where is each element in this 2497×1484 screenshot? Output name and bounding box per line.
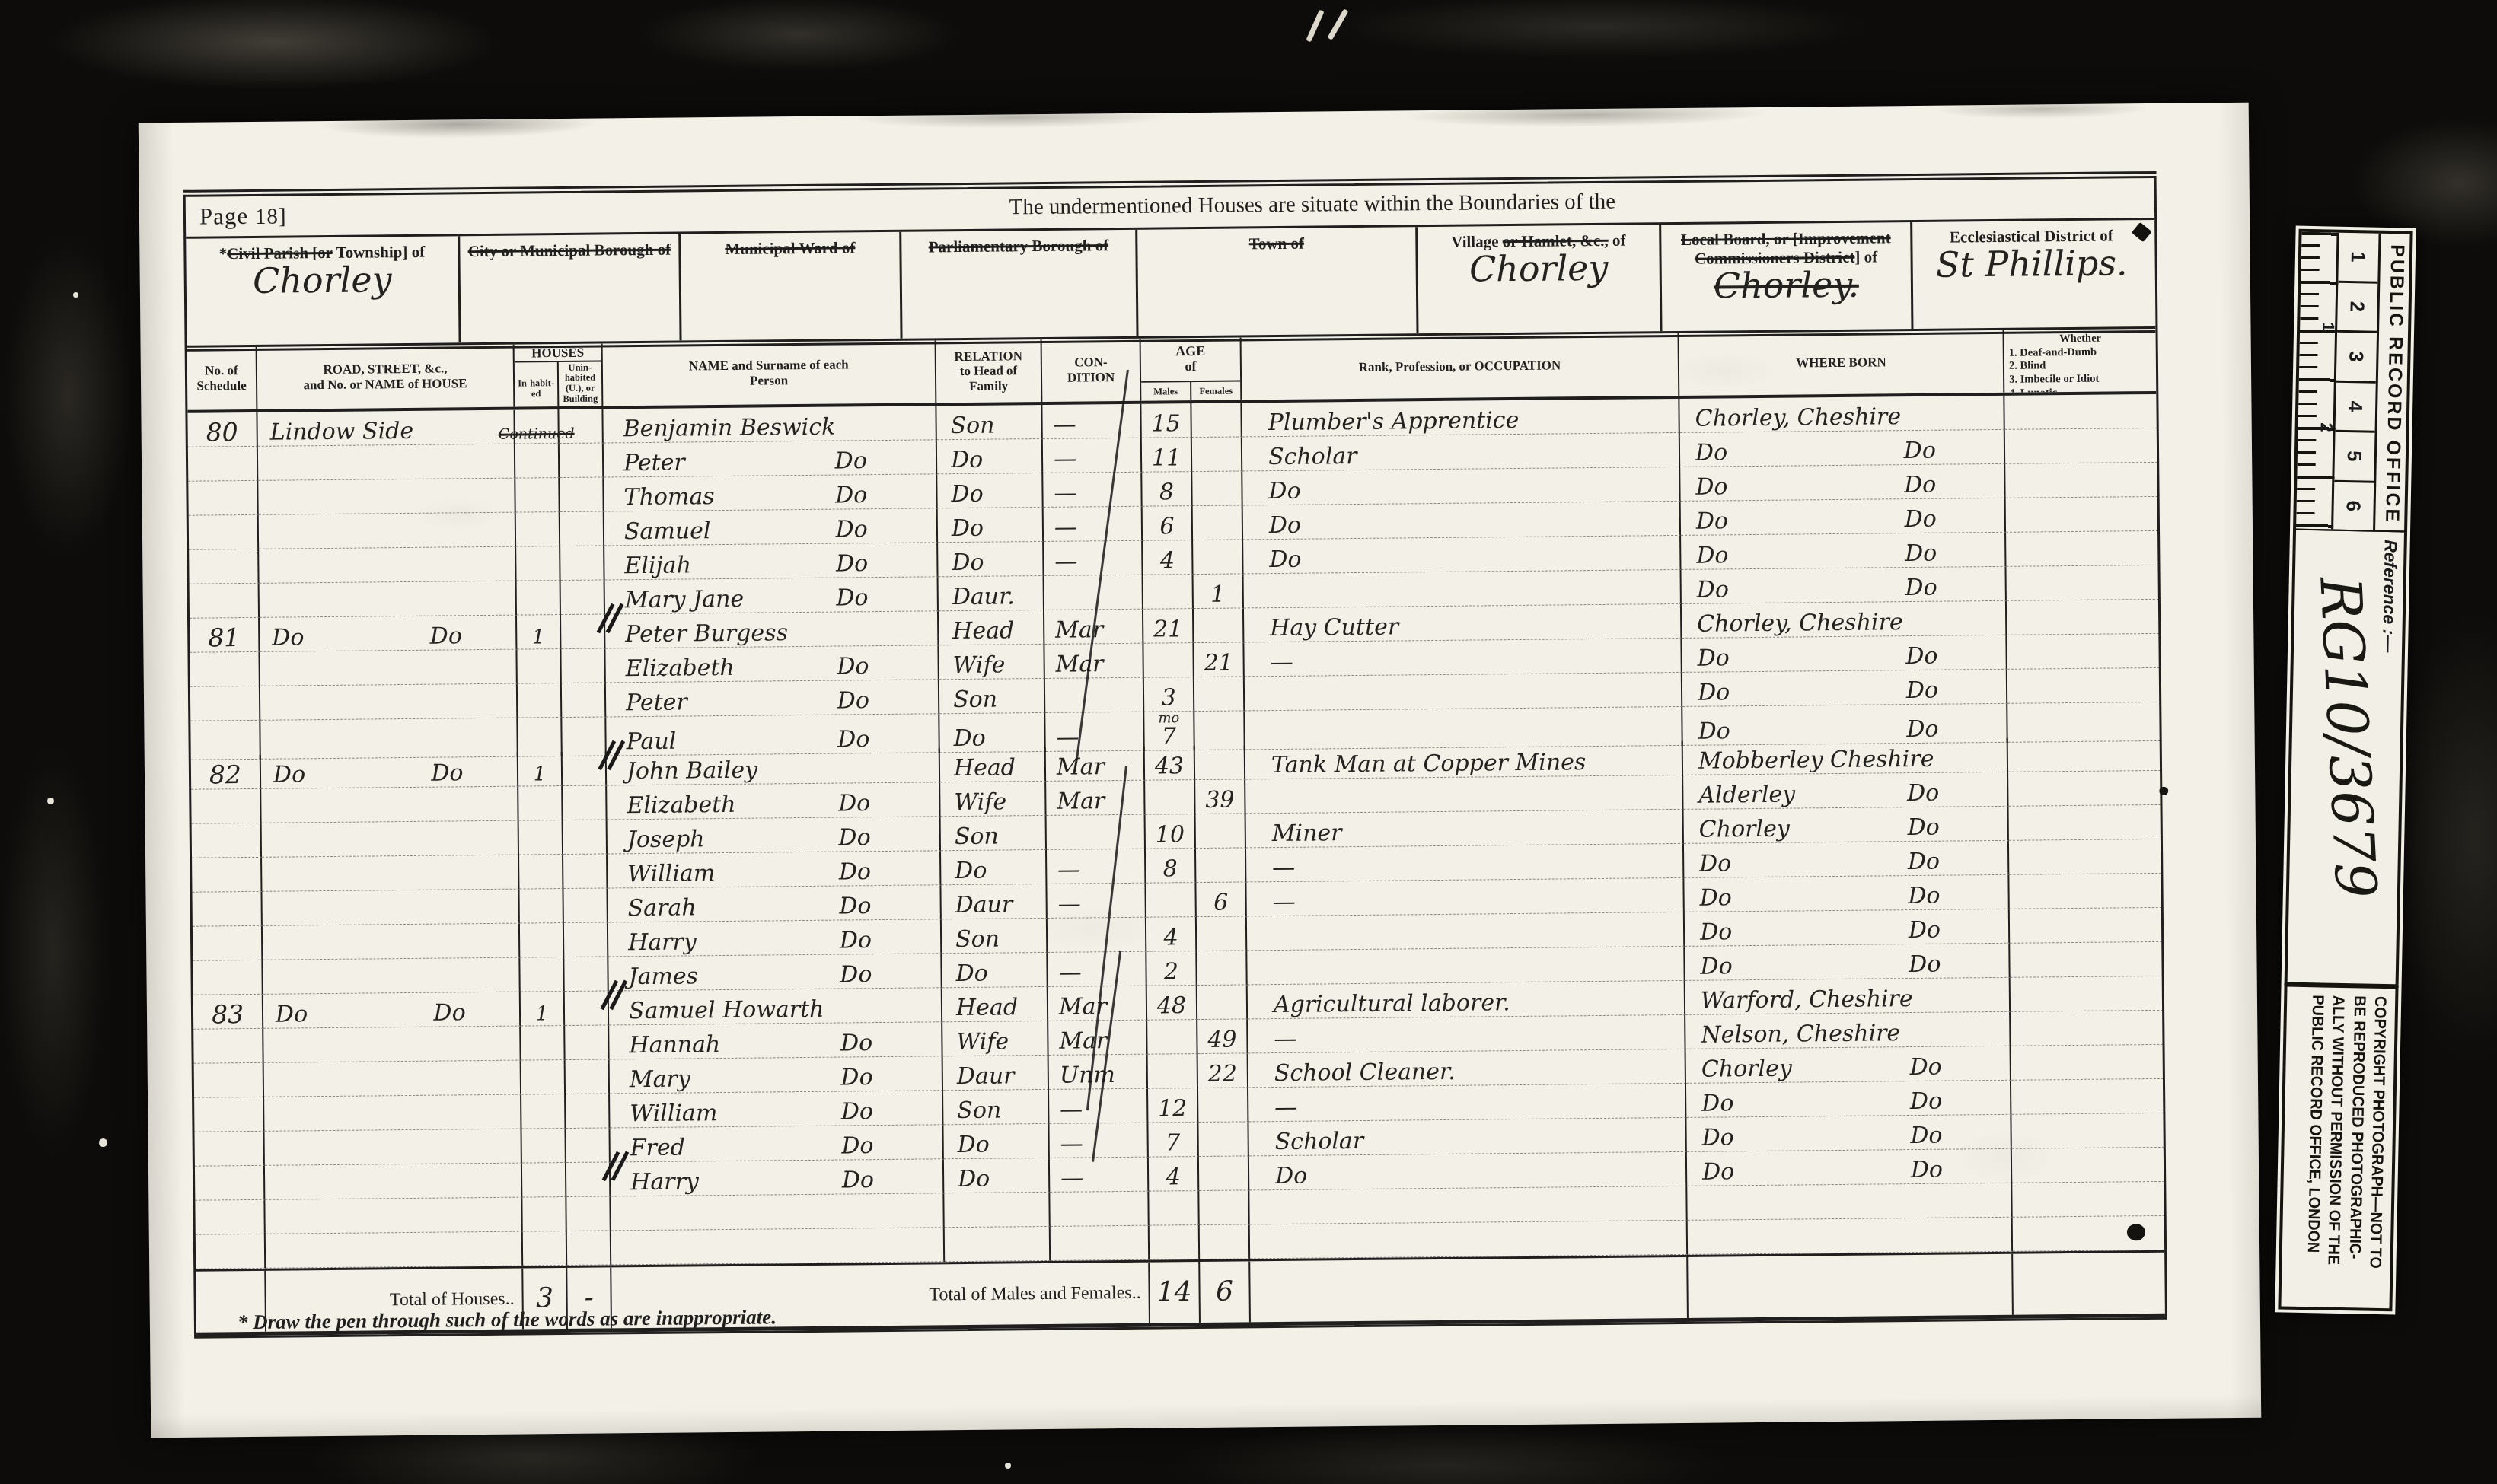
cell-rel: Do <box>943 1124 1049 1159</box>
cell-inh <box>523 1231 567 1266</box>
condition-value: — <box>1058 962 1081 985</box>
cell-am <box>1148 1054 1198 1089</box>
cell-am: 4 <box>1146 917 1197 952</box>
birthplace-value: Nelson, Cheshire <box>1701 1022 1900 1047</box>
cell-am <box>1143 643 1194 678</box>
road-name: Lindow Side <box>270 420 414 444</box>
cell-af: 39 <box>1195 779 1245 814</box>
cell-inh <box>521 1060 566 1095</box>
cell-cond: — <box>1047 884 1146 919</box>
cell-born: DoDo <box>1681 533 2006 570</box>
occupation-value: Hay Cutter <box>1270 616 1398 640</box>
cell-rel: Head <box>942 987 1048 1022</box>
cell-occ: School Cleaner. <box>1248 1049 1686 1088</box>
cell-inh <box>516 546 560 581</box>
cell-inh <box>519 889 563 924</box>
cell-road <box>259 513 516 549</box>
cell-dis <box>2006 531 2158 567</box>
cell-rel: Do <box>938 508 1044 543</box>
condition-value: — <box>1054 448 1076 471</box>
ink-blot <box>2159 787 2168 795</box>
cell-dis <box>2008 737 2161 772</box>
cell-inh: 1 <box>517 615 561 650</box>
cell-uninh <box>565 991 609 1026</box>
cell-inh <box>522 1197 566 1232</box>
district-box: City or Municipal Borough of <box>460 234 681 343</box>
ruler-strip-content: PUBLIC RECORD OFFICE 123456 1 2 Referenc… <box>2275 226 2416 1315</box>
person-name: Joseph <box>627 828 705 852</box>
cell-af <box>1194 608 1244 643</box>
cell-rel: Do <box>937 439 1043 474</box>
cell-inh <box>519 855 563 890</box>
census-form-frame: Page 18] The undermentioned Houses are s… <box>183 176 2167 1339</box>
cell-name: Mary JaneDo <box>605 577 939 614</box>
cell-occ: — <box>1248 1015 1685 1054</box>
district-label-text: * <box>219 244 228 263</box>
cell-road <box>266 1232 523 1269</box>
cell-born: Nelson, Cheshire <box>1685 1012 2011 1049</box>
schedule-number: 80 <box>206 419 238 444</box>
district-box: Local Board, or [Improvement Commissione… <box>1661 222 1913 331</box>
ruler-cm-number: 3 <box>2336 333 2377 383</box>
condition-value: — <box>1054 482 1076 505</box>
cell-dis <box>2011 1011 2163 1046</box>
cell-dis <box>2007 600 2159 635</box>
cell-sched <box>190 686 260 721</box>
cell-uninh <box>566 1162 611 1197</box>
person-name: Peter <box>623 451 685 475</box>
total-males-value: 14 <box>1157 1279 1192 1306</box>
district-box: Village or Hamlet, &c., ofChorley <box>1418 225 1662 333</box>
relation-value: Head <box>956 996 1018 1020</box>
cell-road <box>264 1095 521 1132</box>
cell-name: ElizabethDo <box>605 645 939 683</box>
reference-label: Reference :— <box>2378 540 2401 653</box>
age-male: 4 <box>1163 926 1178 949</box>
ruler-cm-number: 2 <box>2337 282 2377 333</box>
col-header-schedule: No. ofSchedule <box>187 347 258 410</box>
age-female: 1 <box>1210 584 1225 607</box>
totals-born-spacer <box>1688 1254 2014 1318</box>
birthplace-value: Mobberley Cheshire <box>1698 748 1934 773</box>
page-label: Page 18] <box>199 202 287 230</box>
district-label: Parliamentary Borough of <box>901 236 1135 257</box>
age-male: 8 <box>1163 858 1178 881</box>
cell-inh <box>517 649 561 684</box>
cell-rel <box>944 1193 1050 1228</box>
cell-cond: — <box>1042 404 1141 439</box>
relation-value: Wife <box>954 791 1006 814</box>
person-name: Do <box>837 689 869 712</box>
col-header-females: Females <box>1191 381 1240 400</box>
cell-uninh <box>562 683 606 718</box>
cell-cond <box>1044 575 1143 610</box>
header-line: ROAD, STREET, &c., <box>323 361 447 377</box>
occupation-value: — <box>1273 891 1296 914</box>
cell-dis <box>2007 634 2159 670</box>
cell-uninh <box>566 1196 611 1231</box>
birthplace-value: Do <box>1701 1092 1733 1115</box>
cell-name: HannahDo <box>609 1022 942 1059</box>
cell-sched: 83 <box>193 995 263 1030</box>
cell-dis <box>2009 839 2161 875</box>
age-male: 12 <box>1158 1097 1187 1120</box>
cell-uninh <box>563 820 608 855</box>
relation-value: Do <box>955 860 987 883</box>
age-female: 39 <box>1205 789 1234 812</box>
person-name: Do <box>835 518 867 541</box>
cell-occ: Tank Man at Copper Mines <box>1245 741 1683 780</box>
condition-value: — <box>1060 1098 1083 1121</box>
relation-value: Do <box>958 1134 990 1157</box>
age-male: 4 <box>1160 549 1175 572</box>
cell-af <box>1198 1122 1248 1157</box>
road-name: Do <box>430 625 462 648</box>
relation-value: Head <box>954 756 1016 780</box>
person-name: Sarah <box>628 896 697 920</box>
road-name: Do <box>433 1002 465 1024</box>
relation-value: Son <box>955 826 999 849</box>
cell-inh <box>521 1129 566 1164</box>
district-value-handwritten: Chorley <box>1418 250 1659 287</box>
header-line: Person <box>750 373 788 388</box>
birthplace-value: Do <box>1909 919 1941 942</box>
cell-am <box>1145 780 1195 815</box>
cell-occ: — <box>1246 878 1684 917</box>
cell-rel: Head <box>940 747 1046 782</box>
relation-value: Daur. <box>952 585 1015 609</box>
cell-sched <box>192 892 262 927</box>
district-box: Ecclesiastical District ofSt Phillips. <box>1912 220 2151 329</box>
cell-born: Chorley, Cheshire <box>1682 601 2007 639</box>
birthplace-value: Do <box>1697 647 1729 670</box>
birthplace-value: Do <box>1702 1161 1734 1183</box>
relation-value: Head <box>952 619 1014 643</box>
occupation-value: Do <box>1275 1165 1307 1188</box>
cell-am: 4 <box>1149 1157 1199 1192</box>
census-page: Page 18] The undermentioned Houses are s… <box>139 103 2261 1438</box>
birthplace-value: Do <box>1907 817 1939 839</box>
col-header-name: NAME and Surname of eachPerson <box>603 340 937 406</box>
relation-value: Do <box>958 1168 990 1191</box>
cell-cond: — <box>1044 507 1143 542</box>
cell-road <box>263 958 520 995</box>
cell-name: HarryDo <box>608 919 942 957</box>
header-line: CON- <box>1074 355 1108 371</box>
cell-cond <box>1050 1192 1149 1227</box>
cell-sched <box>194 1063 264 1098</box>
cell-inh <box>518 786 563 821</box>
cell-born <box>1688 1218 2013 1255</box>
birthplace-value: Do <box>1911 1159 1943 1182</box>
age-female: 49 <box>1207 1029 1236 1052</box>
header-line: DITION <box>1067 370 1115 385</box>
boundaries-title: The undermentioned Houses are situate wi… <box>818 187 1807 221</box>
cell-rel: Son <box>942 919 1048 954</box>
district-label-struck: Parliamentary Borough of <box>929 236 1109 256</box>
cell-inh: 1 <box>518 752 563 787</box>
cell-af <box>1199 1190 1249 1225</box>
person-name: Samuel Howarth <box>629 998 824 1023</box>
district-label: Municipal Ward of <box>681 238 899 260</box>
cell-af <box>1197 985 1248 1020</box>
inhabited-value: 1 <box>532 627 545 647</box>
cell-dis <box>2005 463 2157 498</box>
totals-disabilities-spacer <box>2013 1253 2166 1315</box>
cell-af: 6 <box>1196 882 1246 917</box>
birthplace-value: Do <box>1909 1056 1941 1079</box>
public-record-office-label: PUBLIC RECORD OFFICE <box>2381 244 2408 526</box>
cell-inh <box>515 478 560 513</box>
district-value-handwritten: St Phillips. <box>1912 245 2150 282</box>
cell-born: DoDo <box>1686 1081 2011 1118</box>
col-header-road: ROAD, STREET, &c.,and No. or NAME of HOU… <box>257 345 515 409</box>
cell-af: 22 <box>1198 1053 1248 1088</box>
cell-rel: Do <box>938 542 1044 577</box>
cell-cond: Mar <box>1044 644 1143 679</box>
cell-cond <box>1051 1226 1150 1261</box>
cell-occ: Do <box>1243 536 1681 575</box>
cell-born: DoDo <box>1685 909 2010 947</box>
cell-uninh <box>562 717 606 756</box>
totals-males-cell: 14 <box>1150 1262 1201 1323</box>
cell-am <box>1147 1020 1197 1055</box>
cell-uninh <box>563 785 607 820</box>
cell-road <box>262 890 519 926</box>
birthplace-value: Do <box>1696 544 1728 567</box>
person-name: Thomas <box>623 486 714 509</box>
cell-am: 7 <box>1148 1123 1198 1158</box>
cell-inh <box>520 957 564 992</box>
cell-inh <box>521 1026 565 1061</box>
col-header-houses: HOUSESIn-habit-edUnin-habited (U.), or B… <box>515 344 604 407</box>
age-group-label: AGEof <box>1175 338 1206 381</box>
cell-sched <box>194 1097 264 1132</box>
relation-value: Son <box>951 415 995 438</box>
cell-road <box>263 924 520 960</box>
occupation-value: — <box>1271 651 1293 674</box>
cell-born: Mobberley Cheshire <box>1683 738 2008 775</box>
birthplace-value: Do <box>1906 680 1938 702</box>
cell-dis <box>2009 805 2161 841</box>
birthplace-value: Do <box>1905 543 1937 565</box>
cell-occ: Agricultural laborer. <box>1248 981 1685 1020</box>
birthplace-value: Do <box>1702 1126 1734 1149</box>
cell-born: DoDo <box>1685 944 2010 981</box>
cell-af <box>1198 1088 1248 1123</box>
cell-uninh <box>566 1128 610 1163</box>
person-name: Do <box>839 895 871 918</box>
relation-value: Do <box>953 728 985 750</box>
person-name: Samuel <box>624 520 711 543</box>
cell-cond <box>1048 918 1146 953</box>
header-line: Schedule <box>196 378 246 393</box>
col-header-age: AGEofMalesFemales <box>1141 337 1242 400</box>
cell-inh: Continued <box>515 409 559 444</box>
cell-uninh <box>566 1094 610 1129</box>
person-name: Peter Burgess <box>625 622 788 646</box>
cell-am: mo7 <box>1144 712 1194 751</box>
cell-af <box>1197 951 1247 986</box>
cell-name: JamesDo <box>608 954 942 991</box>
birthplace-value: Do <box>1698 720 1730 743</box>
cell-af <box>1193 540 1243 575</box>
cell-road <box>262 855 519 892</box>
relation-value: Daur <box>957 1065 1015 1088</box>
ruler-section: PUBLIC RECORD OFFICE 123456 1 2 <box>2293 229 2413 533</box>
cell-sched <box>189 549 259 584</box>
cell-af <box>1200 1224 1250 1259</box>
district-label: City or Municipal Borough of <box>460 240 678 262</box>
cell-name: ElijahDo <box>604 543 938 580</box>
disability-option: 4. Lunatic <box>2009 387 2057 393</box>
birthplace-value: Do <box>1700 921 1732 944</box>
cell-cond: — <box>1043 438 1142 473</box>
cell-rel: Wife <box>940 782 1046 817</box>
dust-speck <box>73 292 78 298</box>
cell-occ: Hay Cutter <box>1244 604 1682 643</box>
birthplace-value: Do <box>1907 782 1939 805</box>
district-label-text: of <box>1609 231 1626 250</box>
cell-name <box>611 1228 945 1265</box>
cell-born: DoDo <box>1680 430 2005 467</box>
cell-af <box>1199 1156 1249 1191</box>
cell-name: SarahDo <box>608 885 941 922</box>
cell-occ: — <box>1246 844 1684 883</box>
cell-af <box>1191 403 1242 438</box>
condition-value: — <box>1054 517 1077 540</box>
cell-born: DoDo <box>1680 464 2005 502</box>
cell-road <box>258 444 515 481</box>
occupation-value: Do <box>1269 549 1301 572</box>
cell-rel: Son <box>936 405 1042 440</box>
birthplace-value: Do <box>1697 578 1729 601</box>
copyright-notice: COPYRIGHT PHOTOGRAPH—NOT TOBE REPRODUCED… <box>2302 995 2390 1282</box>
condition-value: — <box>1053 414 1076 437</box>
totals-females-cell: 6 <box>1200 1261 1251 1323</box>
relation-value: Wife <box>956 1030 1009 1054</box>
person-name: Do <box>837 728 869 751</box>
col-header-uninhabited: Unin-habited (U.), or Building (B.) <box>559 360 602 407</box>
cell-dis <box>2010 908 2162 944</box>
person-name: Elizabeth <box>626 657 735 680</box>
district-label-struck: City or Municipal Borough of <box>468 240 671 261</box>
cell-dis <box>2004 394 2157 430</box>
ruler-cm-number: 6 <box>2333 482 2374 530</box>
cell-uninh <box>561 614 605 649</box>
cell-dis <box>2011 1079 2164 1115</box>
cell-road <box>261 787 518 823</box>
age-male: 2 <box>1164 960 1178 983</box>
census-photograph: Page 18] The undermentioned Houses are s… <box>0 0 2497 1484</box>
cell-am: 10 <box>1146 814 1196 849</box>
cell-dis <box>2008 771 2161 807</box>
district-box: Municipal Ward of <box>681 232 902 341</box>
cell-af <box>1194 677 1245 712</box>
person-name: Do <box>838 826 870 849</box>
cell-uninh <box>564 957 608 992</box>
age-female: 22 <box>1208 1063 1237 1086</box>
total-females-value: 6 <box>1216 1279 1233 1306</box>
person-name: William <box>630 1102 717 1126</box>
cell-sched <box>193 960 263 995</box>
cell-name: Benjamin Beswick <box>603 406 936 443</box>
road-name: Do <box>272 626 304 649</box>
cell-born: DoDo <box>1682 670 2007 707</box>
cell-occ <box>1244 570 1682 609</box>
person-name: Paul <box>626 731 676 754</box>
cell-sched <box>193 1029 263 1064</box>
birthplace-value: Do <box>1904 474 1936 497</box>
cell-uninh <box>563 751 607 786</box>
cell-sched <box>195 1132 265 1167</box>
cell-rel: Do <box>944 1158 1050 1193</box>
cell-name: SamuelDo <box>604 508 938 546</box>
cell-inh <box>521 1094 566 1129</box>
cell-uninh <box>564 922 608 957</box>
col-header-relation: RELATIONto Head ofFamily <box>936 339 1043 403</box>
cell-inh <box>519 820 563 855</box>
cell-rel: Son <box>939 679 1045 714</box>
cell-cond: — <box>1049 1123 1148 1158</box>
birthplace-value: Do <box>1909 954 1941 976</box>
cell-dis <box>2010 942 2162 978</box>
reference-section: Reference :— RG10/3679 <box>2285 529 2407 988</box>
birthplace-value: Do <box>1910 1125 1942 1148</box>
occupation-value: Do <box>1269 514 1301 537</box>
cell-born: ChorleyDo <box>1686 1046 2011 1084</box>
dust-speck <box>47 798 54 804</box>
cell-road <box>260 581 517 618</box>
relation-value: Do <box>951 449 983 472</box>
cell-road <box>260 684 518 721</box>
person-name: John Bailey <box>627 760 757 784</box>
road-name: Do <box>431 762 463 785</box>
cell-inh <box>520 923 564 958</box>
cell-road <box>264 1061 521 1097</box>
cell-am: 8 <box>1142 472 1192 507</box>
cell-born: DoDo <box>1684 875 2009 912</box>
birthplace-value: Do <box>1906 718 1938 741</box>
age-sub-headers: MalesFemales <box>1141 380 1240 400</box>
ruler-number-row: 123456 <box>2331 233 2381 530</box>
cell-sched: 81 <box>190 618 260 653</box>
ruler-cm-number: 1 <box>2338 233 2378 283</box>
houses-sub-headers: In-habit-edUnin-habited (U.), or Buildin… <box>515 360 602 407</box>
birthplace-value: Chorley, Cheshire <box>1697 611 1903 636</box>
cell-rel: Do <box>941 850 1047 885</box>
cell-dis <box>2005 428 2157 464</box>
person-name: Harry <box>630 1170 699 1194</box>
occupation-value: Do <box>1268 480 1300 503</box>
cell-sched: 80 <box>187 412 257 447</box>
condition-value: Mar <box>1055 619 1103 642</box>
person-name: Do <box>841 1135 873 1158</box>
birthplace-value: Do <box>1908 851 1940 874</box>
cell-occ: — <box>1244 639 1682 677</box>
dust-speck <box>1005 1463 1011 1469</box>
cell-rel: Daur <box>941 884 1047 919</box>
relation-value: Daur <box>955 893 1013 917</box>
district-label: Local Board, or [Improvement Commissione… <box>1661 228 1910 269</box>
condition-value: — <box>1054 551 1077 574</box>
cell-sched <box>188 447 258 482</box>
cell-road: DoDo <box>263 992 521 1029</box>
cell-occ: Do <box>1243 502 1681 540</box>
reference-number: RG10/3679 <box>2307 575 2388 900</box>
cell-inh <box>515 444 560 479</box>
header-line: to Head of <box>960 363 1018 378</box>
